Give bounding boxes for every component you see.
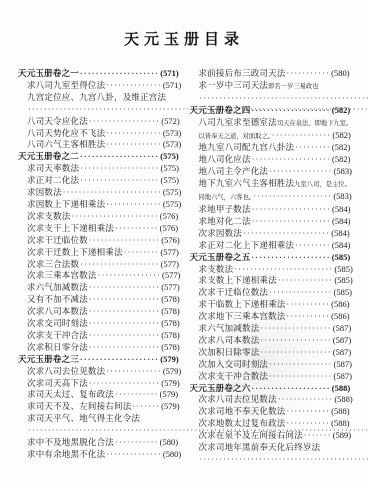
- toc-volume-entry: 天元玉册卷之六····················(588): [190, 383, 354, 395]
- toc-entry: 次求八司本数法··················(578): [18, 306, 182, 318]
- toc-volume-entry: 天元玉册卷之二····················(575): [18, 151, 182, 163]
- dot-leader: ···········: [286, 312, 332, 321]
- dot-leader: ··················: [259, 324, 332, 333]
- toc-entry: 地下九室六气主客相胜法九室八司，是主位。同地六气，六客也。···········…: [190, 178, 354, 204]
- toc-entry: 求地对化二法····················(584): [190, 216, 354, 228]
- entry-page-number: (571): [163, 80, 181, 90]
- entry-label: 次求积日零分法: [27, 342, 88, 352]
- entry-label: 求司天不及、左间接右间法: [27, 401, 131, 411]
- entry-label: 求司天太过、复布政法: [27, 389, 114, 399]
- toc-entry: 次求地数太过复布政法···········(588): [190, 418, 354, 430]
- dot-leader: ····················: [79, 69, 160, 78]
- entry-label: 求地甲子数法: [199, 204, 251, 214]
- entry-label: 求八司九室至得位法: [27, 80, 105, 90]
- entry-label: 次求支干冲合法: [27, 330, 88, 340]
- entry-page-number: (582): [332, 130, 350, 140]
- dot-leader: ····················: [79, 152, 160, 161]
- dot-leader: ···············: [271, 131, 332, 140]
- toc-entry: 次求干迁临位数··················(576): [18, 235, 182, 247]
- dot-leader: ····················: [250, 106, 331, 115]
- entry-label: 次求支干冲合数法: [199, 371, 269, 381]
- document-page: 天元玉册目录 天元玉册卷之一····················(571)求…: [0, 0, 368, 487]
- toc-entry: 次求干迁数上下递相乘法·········(577): [18, 247, 182, 259]
- toc-entry: 又有不加不减法··················(578): [18, 294, 182, 306]
- dot-leader: ··················: [88, 307, 161, 316]
- entry-label: 地八司主令产化法: [199, 166, 269, 176]
- entry-page-number: (577): [161, 282, 179, 292]
- toc-entry: 地八司主令产化法················(583): [190, 166, 354, 178]
- dot-leader: ····················: [79, 260, 160, 269]
- entry-label: 八司六气主客相胜法: [27, 139, 105, 149]
- toc-entry: 求正对二化上下递相乘法·········(584): [190, 240, 354, 252]
- entry-page-number: (587): [334, 371, 352, 381]
- entry-page-number: (585): [334, 264, 352, 274]
- entry-label: 天元玉册卷之二: [18, 151, 79, 161]
- entry-label: 求前接后布三政司天法: [199, 68, 286, 78]
- dot-leader: ··············: [277, 395, 335, 404]
- entry-label: 求因数法: [27, 187, 62, 197]
- entry-label: 求正对二化上下递相乘法: [199, 240, 295, 250]
- dot-leader: ················: [268, 360, 333, 369]
- entry-page-number: (575): [160, 151, 178, 161]
- entry-page-number: (579): [160, 389, 178, 399]
- dot-leader: ··················: [88, 117, 161, 126]
- dot-leader: ········································…: [199, 94, 368, 103]
- dot-leader: ··················: [259, 336, 332, 345]
- entry-page-number: (584): [332, 216, 350, 226]
- entry-page-number: (585): [332, 252, 350, 262]
- entry-label: 地九室八司配九宫八卦法: [199, 142, 295, 152]
- dot-leader: ··············: [105, 367, 163, 376]
- entry-label: 次求三合法数: [27, 259, 79, 269]
- entry-page-number: (588): [332, 383, 350, 393]
- toc-entry: 求司天不及、左间接右间法·······(579): [18, 401, 182, 413]
- entry-label: 求地对化二法: [199, 216, 251, 226]
- entry-page-number: (585): [334, 287, 352, 297]
- toc-entry: 次求三乘本宫数法················(577): [18, 270, 182, 282]
- dot-leader: ·········: [294, 241, 332, 250]
- dot-leader: ····················: [250, 384, 331, 393]
- entry-label: 求六气加减数法: [27, 282, 88, 292]
- entry-label: 次求司地年黑前奉天化后终岁法: [199, 442, 321, 452]
- entry-label: 地八司化应法: [199, 154, 251, 164]
- toc-entry: 八司六气主客相胜法··············(573): [18, 139, 182, 151]
- entry-page-number: (582): [332, 142, 350, 152]
- entry-page-number: (579): [163, 366, 181, 376]
- toc-volume-entry: 天元玉册卷之一····················(571): [18, 68, 182, 80]
- entry-page-number: (573): [163, 128, 181, 138]
- entry-page-number: (585): [334, 275, 352, 285]
- toc-entry: 求六气加减数法··················(587): [190, 323, 354, 335]
- toc-entry: 次加积日除零法··················(587): [190, 347, 354, 359]
- entry-page-number: (578): [161, 318, 179, 328]
- entry-page-number: (580): [160, 437, 178, 447]
- dot-leader: ···········: [114, 224, 160, 233]
- entry-label: 求一岁中三司天法: [199, 80, 269, 90]
- entry-page-number: (588): [331, 418, 349, 428]
- dot-leader: ·························: [62, 188, 163, 197]
- entry-label: 求司天平气、地气得主化令法: [27, 413, 140, 423]
- entry-label: 次求在泉不及左间接右间法: [199, 430, 303, 440]
- entry-page-number: (583): [333, 191, 351, 201]
- entry-page-number: (586): [331, 311, 349, 321]
- entry-label: 求六气加减数法: [199, 323, 260, 333]
- dot-leader: ················: [268, 167, 333, 176]
- entry-label: 天元玉册卷之五: [190, 252, 251, 262]
- toc-entry: 次求支数法······················(576): [18, 211, 182, 223]
- dot-leader: ···········: [286, 69, 332, 78]
- toc-entry: 次求交司时刻法··················(578): [18, 318, 182, 330]
- entry-label: 求正对二化法: [27, 175, 79, 185]
- entry-label: 又有不加不减法: [27, 294, 88, 304]
- entry-label: 次求交司时刻法: [27, 318, 88, 328]
- toc-entry: 次求支干冲合数法················(587): [190, 371, 354, 383]
- toc-entry: 次求司地年黑前奉天化后终岁法··························…: [190, 442, 354, 466]
- toc-column-left: 天元玉册卷之一····················(571)求八司九室至得位…: [18, 68, 182, 466]
- toc-entry: 次求司天高下法··················(579): [18, 378, 182, 390]
- toc-entry: 次加入交司时刻法················(587): [190, 359, 354, 371]
- toc-entry: 求中有余地黑不化法··············(580): [18, 449, 182, 461]
- entry-label: 次求干迁临位数法: [199, 287, 269, 297]
- toc-entry: 求中不及地黑脱化合法···········(580): [18, 437, 182, 449]
- toc-entry: 求八司九室至得位法··············(571): [18, 80, 182, 92]
- toc-entry: 求一岁中三司天法即名一岁三易政也························…: [190, 80, 354, 105]
- dot-leader: ··················: [88, 343, 161, 352]
- toc-entry: 地九室八司配九宫八卦法·········(582): [190, 142, 354, 154]
- toc-entry: 次求因数法······················(584): [190, 228, 354, 240]
- entry-page-number: (579): [161, 401, 179, 411]
- entry-label: 求因数上下递相乘法: [27, 199, 105, 209]
- dot-leader: ·········: [294, 143, 332, 152]
- toc-entry: 求正对二化法····················(575): [18, 175, 182, 187]
- toc-entry: 次求八司去位见数法··············(588): [190, 394, 354, 406]
- entry-label: 次求三乘本宫数法: [27, 270, 97, 280]
- toc-entry: 求干临数上下递相乘法···········(586): [190, 299, 354, 311]
- entry-page-number: (580): [163, 449, 181, 459]
- entry-label: 次求八司去位见数法: [27, 366, 105, 376]
- dot-leader: ····················: [252, 192, 333, 201]
- entry-label: 次求支干上下递相乘法: [27, 223, 114, 233]
- toc-entry: 求司天平气、地气得主化令法···························…: [18, 413, 182, 437]
- entry-label: 次求八司本数法: [199, 335, 260, 345]
- entry-page-number: (577): [160, 259, 178, 269]
- entry-label: 次求干迁临位数: [27, 235, 88, 245]
- toc-entry: 八司九室求至德室法司天在泉法，即地下九室。以皆奉天之道，对面取之。·······…: [190, 117, 354, 143]
- entry-page-number: (587): [334, 359, 352, 369]
- dot-leader: ··················: [88, 379, 161, 388]
- dot-leader: ····················: [79, 164, 160, 173]
- entry-page-number: (576): [161, 235, 179, 245]
- dot-leader: ·······: [131, 402, 161, 411]
- toc-entry: 次求三合法数····················(577): [18, 259, 182, 271]
- page-title: 天元玉册目录: [0, 0, 368, 49]
- entry-annotation: 即名一岁三易政也: [268, 83, 318, 90]
- entry-page-number: (589): [333, 430, 351, 440]
- toc-entry: 次求支干冲合法··················(578): [18, 330, 182, 342]
- dot-leader: ···········: [286, 407, 332, 416]
- dot-leader: ···········: [114, 438, 160, 447]
- toc-entry: 次求司地不奉天化数法···········(588): [190, 406, 354, 418]
- entry-page-number: (575): [160, 175, 178, 185]
- toc-entry: 求因数上下递相乘法··············(575): [18, 199, 182, 211]
- entry-label: 八司九室求至德室法: [199, 117, 277, 127]
- toc-entry: 次求干迁临位数法················(585): [190, 287, 354, 299]
- entry-label: 求支数法: [199, 264, 234, 274]
- entry-label: 次求八司本数法: [27, 306, 88, 316]
- dot-leader: ····················: [251, 217, 332, 226]
- entry-page-number: (576): [160, 223, 178, 233]
- dot-leader: ··················: [88, 319, 161, 328]
- toc-entry: 八司天势化应不飞法··············(573): [18, 128, 182, 140]
- dot-leader: ··················: [88, 295, 161, 304]
- entry-label: 地下九室六气主客相胜法: [199, 178, 295, 188]
- entry-label: 求中不及地黑脱化合法: [27, 437, 114, 447]
- toc-volume-entry: 天元玉册卷之五····················(585): [190, 252, 354, 264]
- entry-page-number: (571): [160, 68, 178, 78]
- toc-columns: 天元玉册卷之一····················(571)求八司九室至得位…: [0, 49, 368, 466]
- entry-label: 次求干迁数上下递相乘法: [27, 247, 123, 257]
- dot-leader: ··················: [88, 331, 161, 340]
- entry-page-number: (587): [333, 335, 351, 345]
- dot-leader: ··················: [88, 283, 161, 292]
- toc-entry: 求支数法·························(585): [190, 264, 354, 276]
- entry-label: 求支数上下递相乘法: [199, 275, 277, 285]
- dot-leader: ······················: [242, 229, 331, 238]
- entry-page-number: (578): [161, 306, 179, 316]
- entry-page-number: (578): [161, 294, 179, 304]
- toc-entry: 次求在泉不及左间接右间法·······(589): [190, 430, 354, 442]
- dot-leader: ··················: [88, 236, 161, 245]
- entry-page-number: (576): [160, 211, 178, 221]
- entry-label: 求干临数上下递相乘法: [199, 299, 286, 309]
- entry-page-number: (583): [334, 166, 352, 176]
- entry-label: 求司天率数法: [27, 163, 79, 173]
- entry-label: 次求地下三乘本宫数法: [199, 311, 286, 321]
- dot-leader: ····················: [250, 253, 331, 262]
- entry-page-number: (587): [333, 323, 351, 333]
- toc-volume-entry: 天元玉册卷之三····················(579): [18, 354, 182, 366]
- entry-label: 次加积日除零法: [199, 347, 260, 357]
- dot-leader: ··············: [105, 81, 163, 90]
- dot-leader: ················: [268, 288, 333, 297]
- entry-page-number: (582): [332, 154, 350, 164]
- toc-entry: 次求八司去位见数法··············(579): [18, 366, 182, 378]
- dot-leader: ········································…: [199, 455, 368, 464]
- toc-entry: 求前接后布三政司天法···········(580): [190, 68, 354, 80]
- entry-label: 次求支数法: [27, 211, 71, 221]
- entry-page-number: (575): [163, 187, 181, 197]
- entry-label: 八司天令应化法: [27, 116, 88, 126]
- dot-leader: ··············: [277, 276, 335, 285]
- toc-entry: 求司天太过、复布政法···········(579): [18, 389, 182, 401]
- entry-page-number: (586): [331, 299, 349, 309]
- entry-label: 次求司地不奉天化数法: [199, 406, 286, 416]
- entry-page-number: (579): [161, 378, 179, 388]
- entry-page-number: (575): [163, 199, 181, 209]
- entry-label: 求中有余地黑不化法: [27, 449, 105, 459]
- entry-label: 八司天势化应不飞法: [27, 128, 105, 138]
- dot-leader: ··············: [105, 200, 163, 209]
- dot-leader: ················: [97, 271, 162, 280]
- entry-label: 天元玉册卷之一: [18, 68, 79, 78]
- dot-leader: ····················: [79, 355, 160, 364]
- entry-label: 天元玉册卷之四: [190, 105, 251, 115]
- toc-entry: 次求支干上下递相乘法···········(576): [18, 223, 182, 235]
- toc-entry: 次求地下三乘本宫数法···········(586): [190, 311, 354, 323]
- dot-leader: ···········: [114, 390, 160, 399]
- toc-entry: 次求八司本数法··················(587): [190, 335, 354, 347]
- dot-leader: ····················: [251, 205, 332, 214]
- dot-leader: ··················: [259, 348, 332, 357]
- toc-entry: 求因数法·························(575): [18, 187, 182, 199]
- entry-page-number: (584): [331, 228, 349, 238]
- toc-entry: 求六气加减数法··················(577): [18, 282, 182, 294]
- entry-page-number: (588): [331, 406, 349, 416]
- toc-column-right: 求前接后布三政司天法···········(580)求一岁中三司天法即名一岁三易…: [190, 68, 354, 466]
- entry-page-number: (580): [331, 68, 349, 78]
- entry-page-number: (572): [161, 116, 179, 126]
- toc-entry: 求司天率数法····················(575): [18, 163, 182, 175]
- entry-label: 次加入交司时刻法: [199, 359, 269, 369]
- toc-entry: 求地甲子数法····················(584): [190, 204, 354, 216]
- entry-page-number: (584): [332, 240, 350, 250]
- entry-label: 次求八司去位见数法: [199, 394, 277, 404]
- entry-page-number: (577): [162, 270, 180, 280]
- dot-leader: ···········: [286, 419, 332, 428]
- entry-page-number: (577): [160, 247, 178, 257]
- toc-entry: 地八司化应法····················(582): [190, 154, 354, 166]
- dot-leader: ···········: [286, 300, 332, 309]
- dot-leader: ·······: [303, 431, 333, 440]
- dot-leader: ·························: [233, 265, 334, 274]
- entry-label: 次求地数太过复布政法: [199, 418, 286, 428]
- entry-page-number: (578): [161, 330, 179, 340]
- dot-leader: ··············: [105, 140, 163, 149]
- entry-label: 天元玉册卷之三: [18, 354, 79, 364]
- entry-label: 九宫定位应、九宫八卦，及维正宫法: [27, 92, 166, 102]
- dot-leader: ··············: [105, 450, 163, 459]
- toc-entry: 九宫定位应、九宫八卦，及维正宫法························…: [18, 92, 182, 116]
- dot-leader: ··············: [105, 129, 163, 138]
- dot-leader: ····················: [79, 176, 160, 185]
- entry-page-number: (575): [160, 163, 178, 173]
- toc-volume-entry: 天元玉册卷之四····················(582): [190, 105, 354, 117]
- entry-label: 天元玉册卷之六: [190, 383, 251, 393]
- toc-entry: 求支数上下递相乘法··············(585): [190, 275, 354, 287]
- entry-label: 次求司天高下法: [27, 378, 88, 388]
- entry-page-number: (578): [161, 342, 179, 352]
- entry-page-number: (584): [332, 204, 350, 214]
- entry-page-number: (582): [332, 105, 350, 115]
- entry-label: 次求因数法: [199, 228, 243, 238]
- entry-page-number: (588): [334, 394, 352, 404]
- dot-leader: ····················: [251, 155, 332, 164]
- dot-leader: ·········: [123, 248, 161, 257]
- dot-leader: ······················: [71, 212, 160, 221]
- entry-page-number: (587): [333, 347, 351, 357]
- dot-leader: ················: [268, 372, 333, 381]
- entry-page-number: (579): [160, 354, 178, 364]
- toc-entry: 八司天令应化法··················(572): [18, 116, 182, 128]
- toc-entry: 次求积日零分法··················(578): [18, 342, 182, 354]
- entry-page-number: (573): [163, 139, 181, 149]
